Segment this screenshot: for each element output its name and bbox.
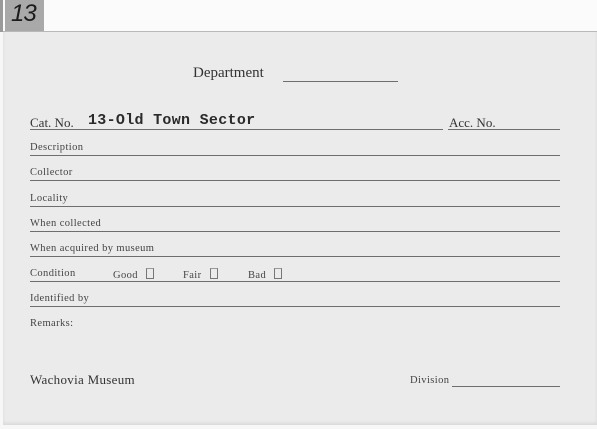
cat-no-field	[30, 129, 443, 130]
acc-no-field[interactable]	[448, 129, 560, 130]
condition-field	[30, 281, 560, 282]
division-field[interactable]	[452, 386, 560, 387]
when-acquired-field[interactable]	[30, 256, 560, 257]
fair-label: Fair	[183, 270, 202, 281]
collector-label: Collector	[30, 167, 73, 178]
identified-by-field[interactable]	[30, 306, 560, 307]
description-field[interactable]	[30, 155, 560, 156]
good-label: Good	[113, 270, 138, 281]
locality-field[interactable]	[30, 206, 560, 207]
condition-option-bad[interactable]: Bad	[248, 268, 282, 281]
remarks-label: Remarks:	[30, 318, 73, 329]
division-label: Division	[410, 375, 449, 386]
department-label: Department	[193, 65, 264, 82]
when-collected-label: When collected	[30, 218, 101, 229]
department-field[interactable]	[283, 81, 398, 82]
when-collected-field[interactable]	[30, 231, 560, 232]
when-acquired-label: When acquired by museum	[30, 243, 154, 254]
card-left-edge	[0, 0, 3, 32]
fair-checkbox[interactable]	[210, 268, 218, 279]
collector-field[interactable]	[30, 180, 560, 181]
cat-no-value[interactable]: 13-Old Town Sector	[88, 112, 255, 129]
museum-name: Wachovia Museum	[30, 372, 135, 388]
description-label: Description	[30, 142, 83, 153]
condition-option-good[interactable]: Good	[113, 268, 154, 281]
condition-option-fair[interactable]: Fair	[183, 268, 218, 281]
bad-label: Bad	[248, 270, 266, 281]
good-checkbox[interactable]	[146, 268, 154, 279]
identified-by-label: Identified by	[30, 293, 89, 304]
condition-label: Condition	[30, 268, 76, 279]
bad-checkbox[interactable]	[274, 268, 282, 279]
tab-number: 13	[11, 0, 36, 28]
locality-label: Locality	[30, 193, 68, 204]
card-top-edge	[0, 0, 597, 32]
